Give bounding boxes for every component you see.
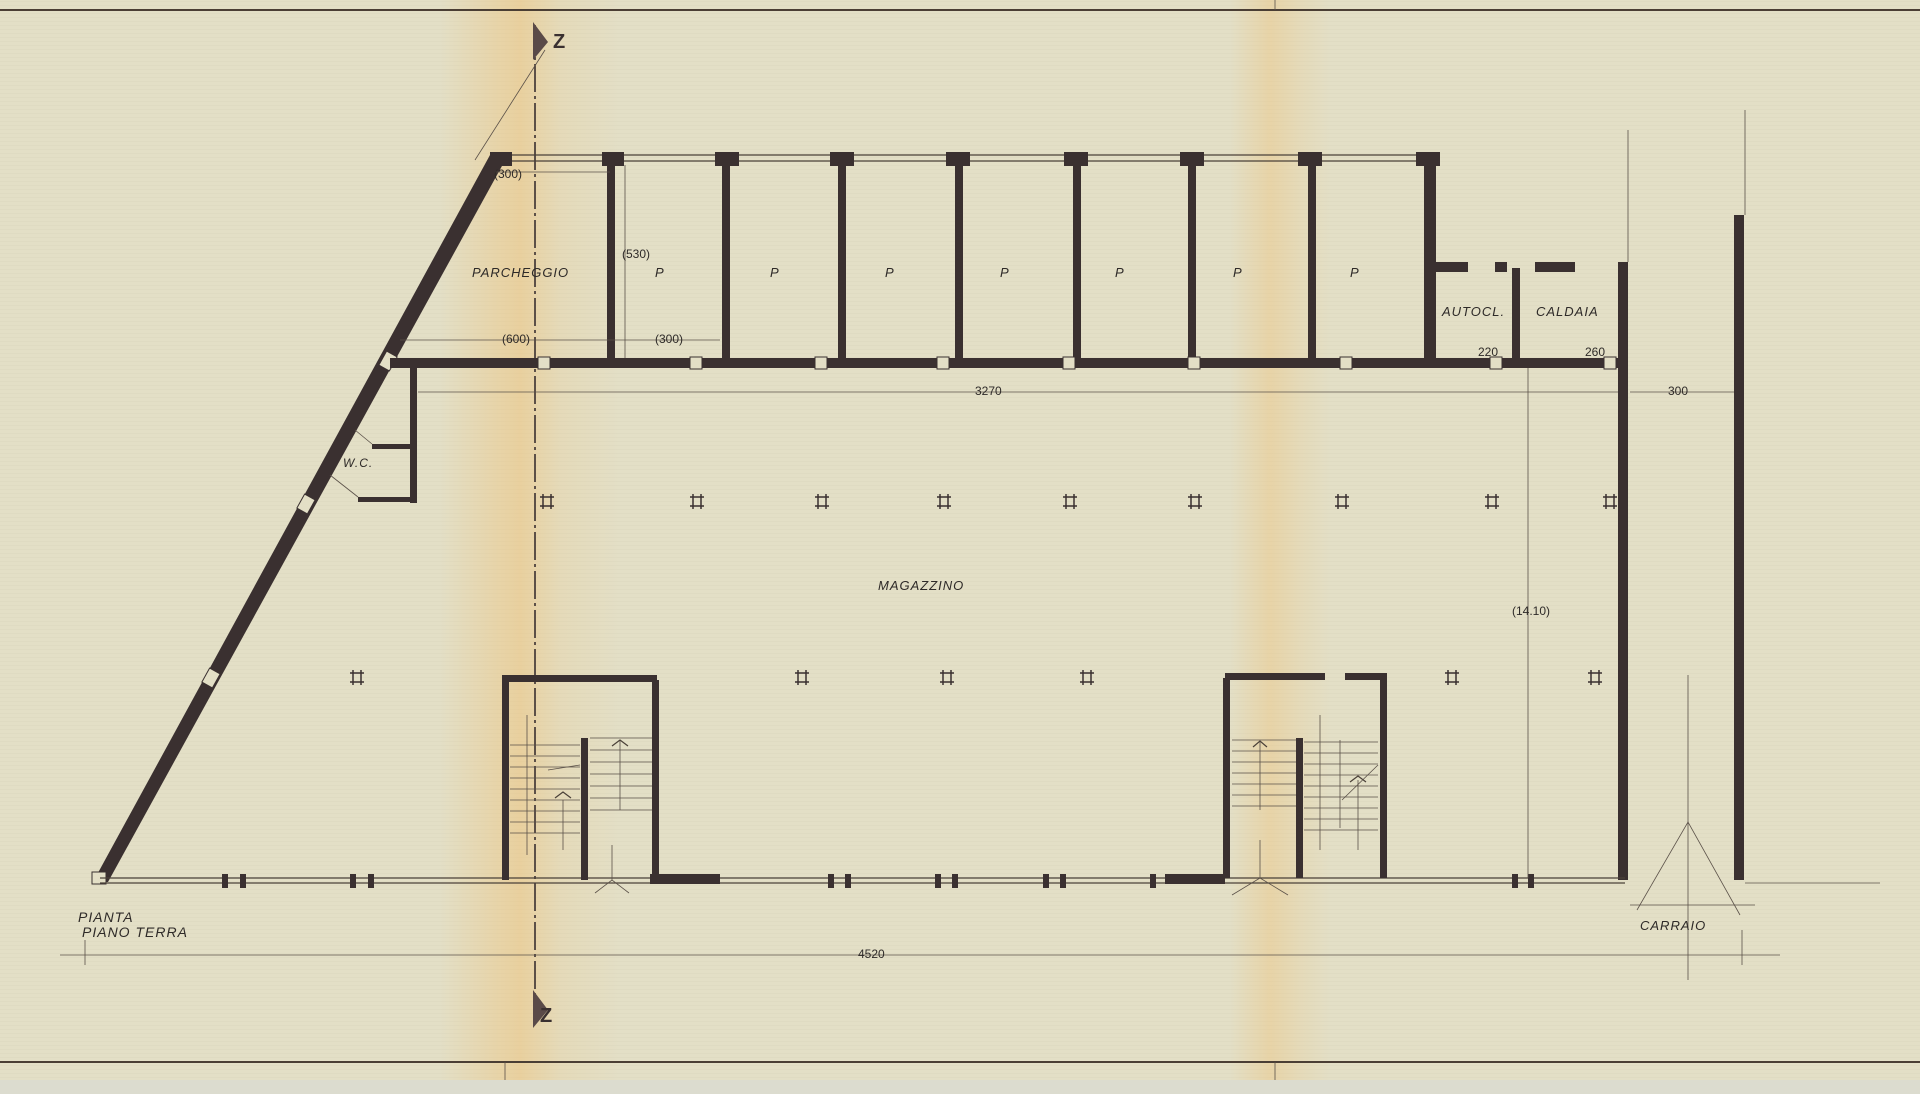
label-wc: W.C. xyxy=(343,456,373,470)
label-parking: PARCHEGGIO xyxy=(472,265,569,280)
drawing-title-line2: PIANO TERRA xyxy=(82,924,188,940)
section-label-bottom: Z xyxy=(540,1005,552,1027)
label-stall-6: P xyxy=(1233,265,1243,280)
dim-autoclave-width: 220 xyxy=(1478,345,1498,359)
warehouse-pillars xyxy=(350,494,1617,685)
stairwell-left xyxy=(502,675,659,893)
label-warehouse: MAGAZZINO xyxy=(878,578,964,593)
dimension-lines xyxy=(60,165,1780,965)
dim-corner-offset: (300) xyxy=(494,167,522,181)
drawing-title-line1: PIANTA xyxy=(78,909,134,925)
east-walls xyxy=(1628,110,1745,880)
dim-boiler-width: 260 xyxy=(1585,345,1605,359)
label-stall-5: P xyxy=(1115,265,1125,280)
label-stall-4: P xyxy=(1000,265,1010,280)
scan-bottom-edge xyxy=(0,1080,1920,1094)
dim-stall-width: (300) xyxy=(655,332,683,346)
dim-driveway-gap: 300 xyxy=(1668,384,1688,398)
label-stall-2: P xyxy=(770,265,780,280)
section-arrow-top-icon xyxy=(533,22,548,60)
parking-warehouse-wall xyxy=(390,357,1628,369)
label-stall-7: P xyxy=(1350,265,1360,280)
south-wall xyxy=(100,874,1880,888)
label-stall-3: P xyxy=(885,265,895,280)
section-label-top: Z xyxy=(553,31,565,53)
floor-plan-drawing: PARCHEGGIO P P P P P P P AUTOCL. CALDAIA… xyxy=(0,0,1920,1094)
diagonal-wall xyxy=(92,155,508,884)
dim-upper-span: 3270 xyxy=(975,384,1002,398)
parking-north-wall xyxy=(490,152,1440,166)
label-autoclave: AUTOCL. xyxy=(1441,304,1505,319)
dim-total-length: 4520 xyxy=(858,947,885,961)
label-boiler: CALDAIA xyxy=(1536,304,1599,319)
stairwell-right xyxy=(1223,673,1387,895)
stall-dividers xyxy=(607,165,1436,360)
dim-stall-depth: (530) xyxy=(622,247,650,261)
blueprint-sheet: PARCHEGGIO P P P P P P P AUTOCL. CALDAIA… xyxy=(0,0,1920,1094)
dim-parking-width: (600) xyxy=(502,332,530,346)
label-driveway: CARRAIO xyxy=(1640,918,1706,933)
dim-warehouse-depth: (14.10) xyxy=(1512,604,1550,618)
label-stall-1: P xyxy=(655,265,665,280)
